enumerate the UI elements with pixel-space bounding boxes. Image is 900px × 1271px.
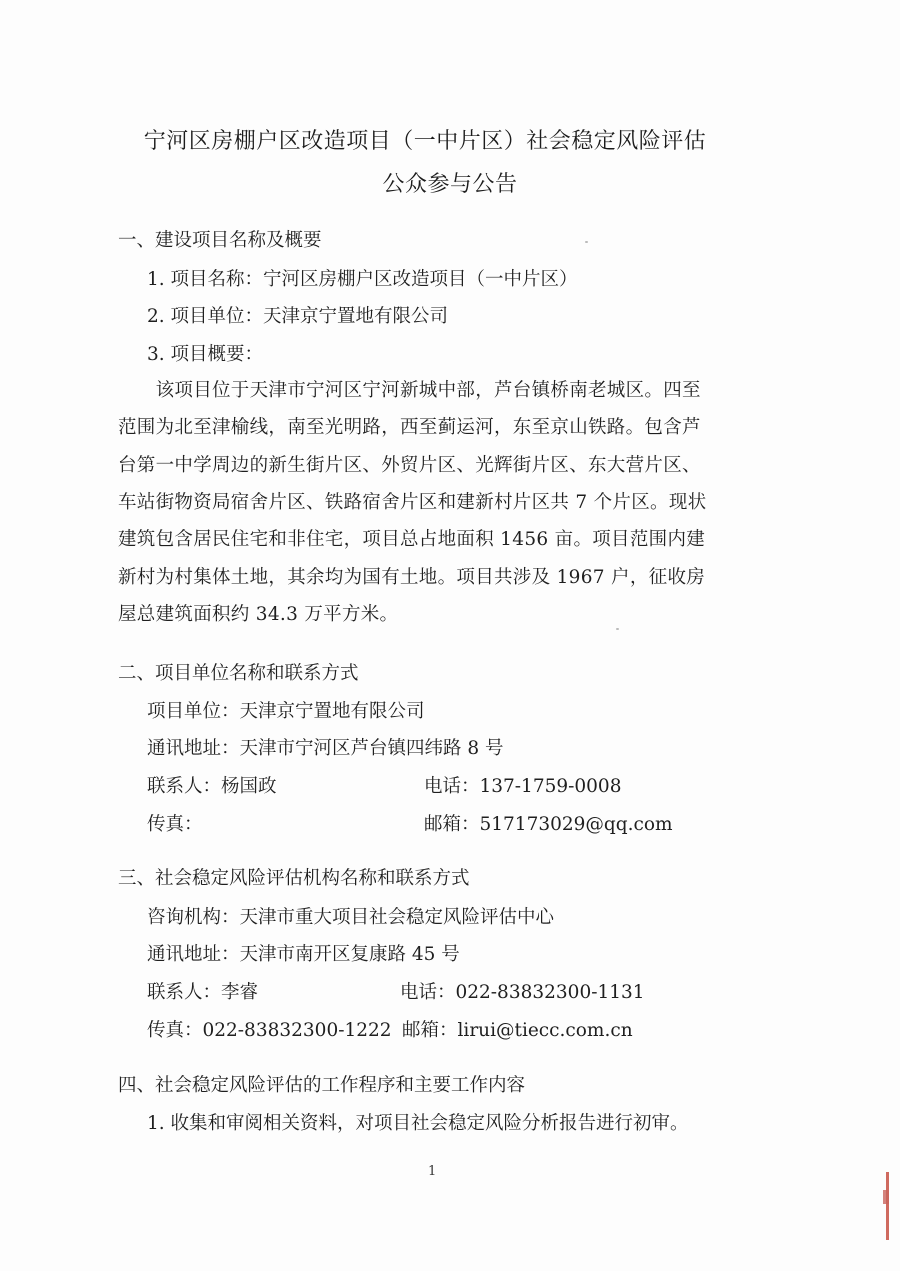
page-number: 1 [428, 1164, 436, 1179]
agency-fax: 传真：022-83832300-1222 [147, 1016, 392, 1042]
unit-address: 通讯地址：天津市宁河区芦台镇四纬路 8 号 [147, 734, 504, 760]
project-name-item: 1. 项目名称：宁河区房棚户区改造项目（一中片区） [147, 265, 578, 291]
document-page: 宁河区房棚户区改造项目（一中片区）社会稳定风险评估 公众参与公告 一、建设项目名… [0, 0, 900, 1271]
unit-name: 项目单位：天津京宁置地有限公司 [147, 697, 425, 723]
document-subtitle: 公众参与公告 [0, 167, 900, 198]
section-1-heading: 一、建设项目名称及概要 [118, 226, 322, 252]
scan-speck [585, 241, 588, 243]
agency-email: 邮箱：lirui@tiecc.com.cn [402, 1016, 633, 1042]
scan-speck [616, 628, 619, 630]
document-title: 宁河区房棚户区改造项目（一中片区）社会稳定风险评估 [0, 124, 875, 155]
agency-name: 咨询机构：天津市重大项目社会稳定风险评估中心 [147, 903, 554, 929]
unit-contact-person: 联系人：杨国政 [147, 772, 277, 798]
unit-phone: 电话：137-1759-0008 [424, 772, 621, 798]
section-4-heading: 四、社会稳定风险评估的工作程序和主要工作内容 [118, 1071, 525, 1097]
project-overview-item: 3. 项目概要： [147, 340, 263, 366]
unit-email: 邮箱：517173029@qq.com [424, 810, 673, 836]
overview-paragraph-line: 新村为村集体土地，其余均为国有土地。项目共涉及 1967 户，征收房 [118, 563, 808, 589]
section-2-heading: 二、项目单位名称和联系方式 [118, 659, 359, 685]
red-stamp-edge-mark [886, 1172, 889, 1240]
work-step-item: 1. 收集和审阅相关资料，对项目社会稳定风险分析报告进行初审。 [147, 1109, 689, 1135]
overview-paragraph-line: 该项目位于天津市宁河区宁河新城中部，芦台镇桥南老城区。四至 [118, 376, 808, 402]
agency-address: 通讯地址：天津市南开区复康路 45 号 [147, 940, 460, 966]
project-unit-item: 2. 项目单位：天津京宁置地有限公司 [147, 302, 448, 328]
agency-phone: 电话：022-83832300-1131 [400, 978, 645, 1004]
unit-fax: 传真： [147, 810, 203, 836]
section-3-heading: 三、社会稳定风险评估机构名称和联系方式 [118, 864, 470, 890]
overview-paragraph-line: 屋总建筑面积约 34.3 万平方米。 [118, 600, 808, 626]
overview-paragraph-line: 车站街物资局宿舍片区、铁路宿舍片区和建新村片区共 7 个片区。现状 [118, 488, 808, 514]
overview-paragraph-line: 范围为北至津榆线，南至光明路，西至蓟运河，东至京山铁路。包含芦 [118, 413, 808, 439]
agency-contact-person: 联系人：李睿 [147, 978, 258, 1004]
overview-paragraph-line: 建筑包含居民住宅和非住宅，项目总占地面积 1456 亩。项目范围内建 [118, 525, 808, 551]
overview-paragraph-line: 台第一中学周边的新生街片区、外贸片区、光辉街片区、东大营片区、 [118, 451, 808, 477]
